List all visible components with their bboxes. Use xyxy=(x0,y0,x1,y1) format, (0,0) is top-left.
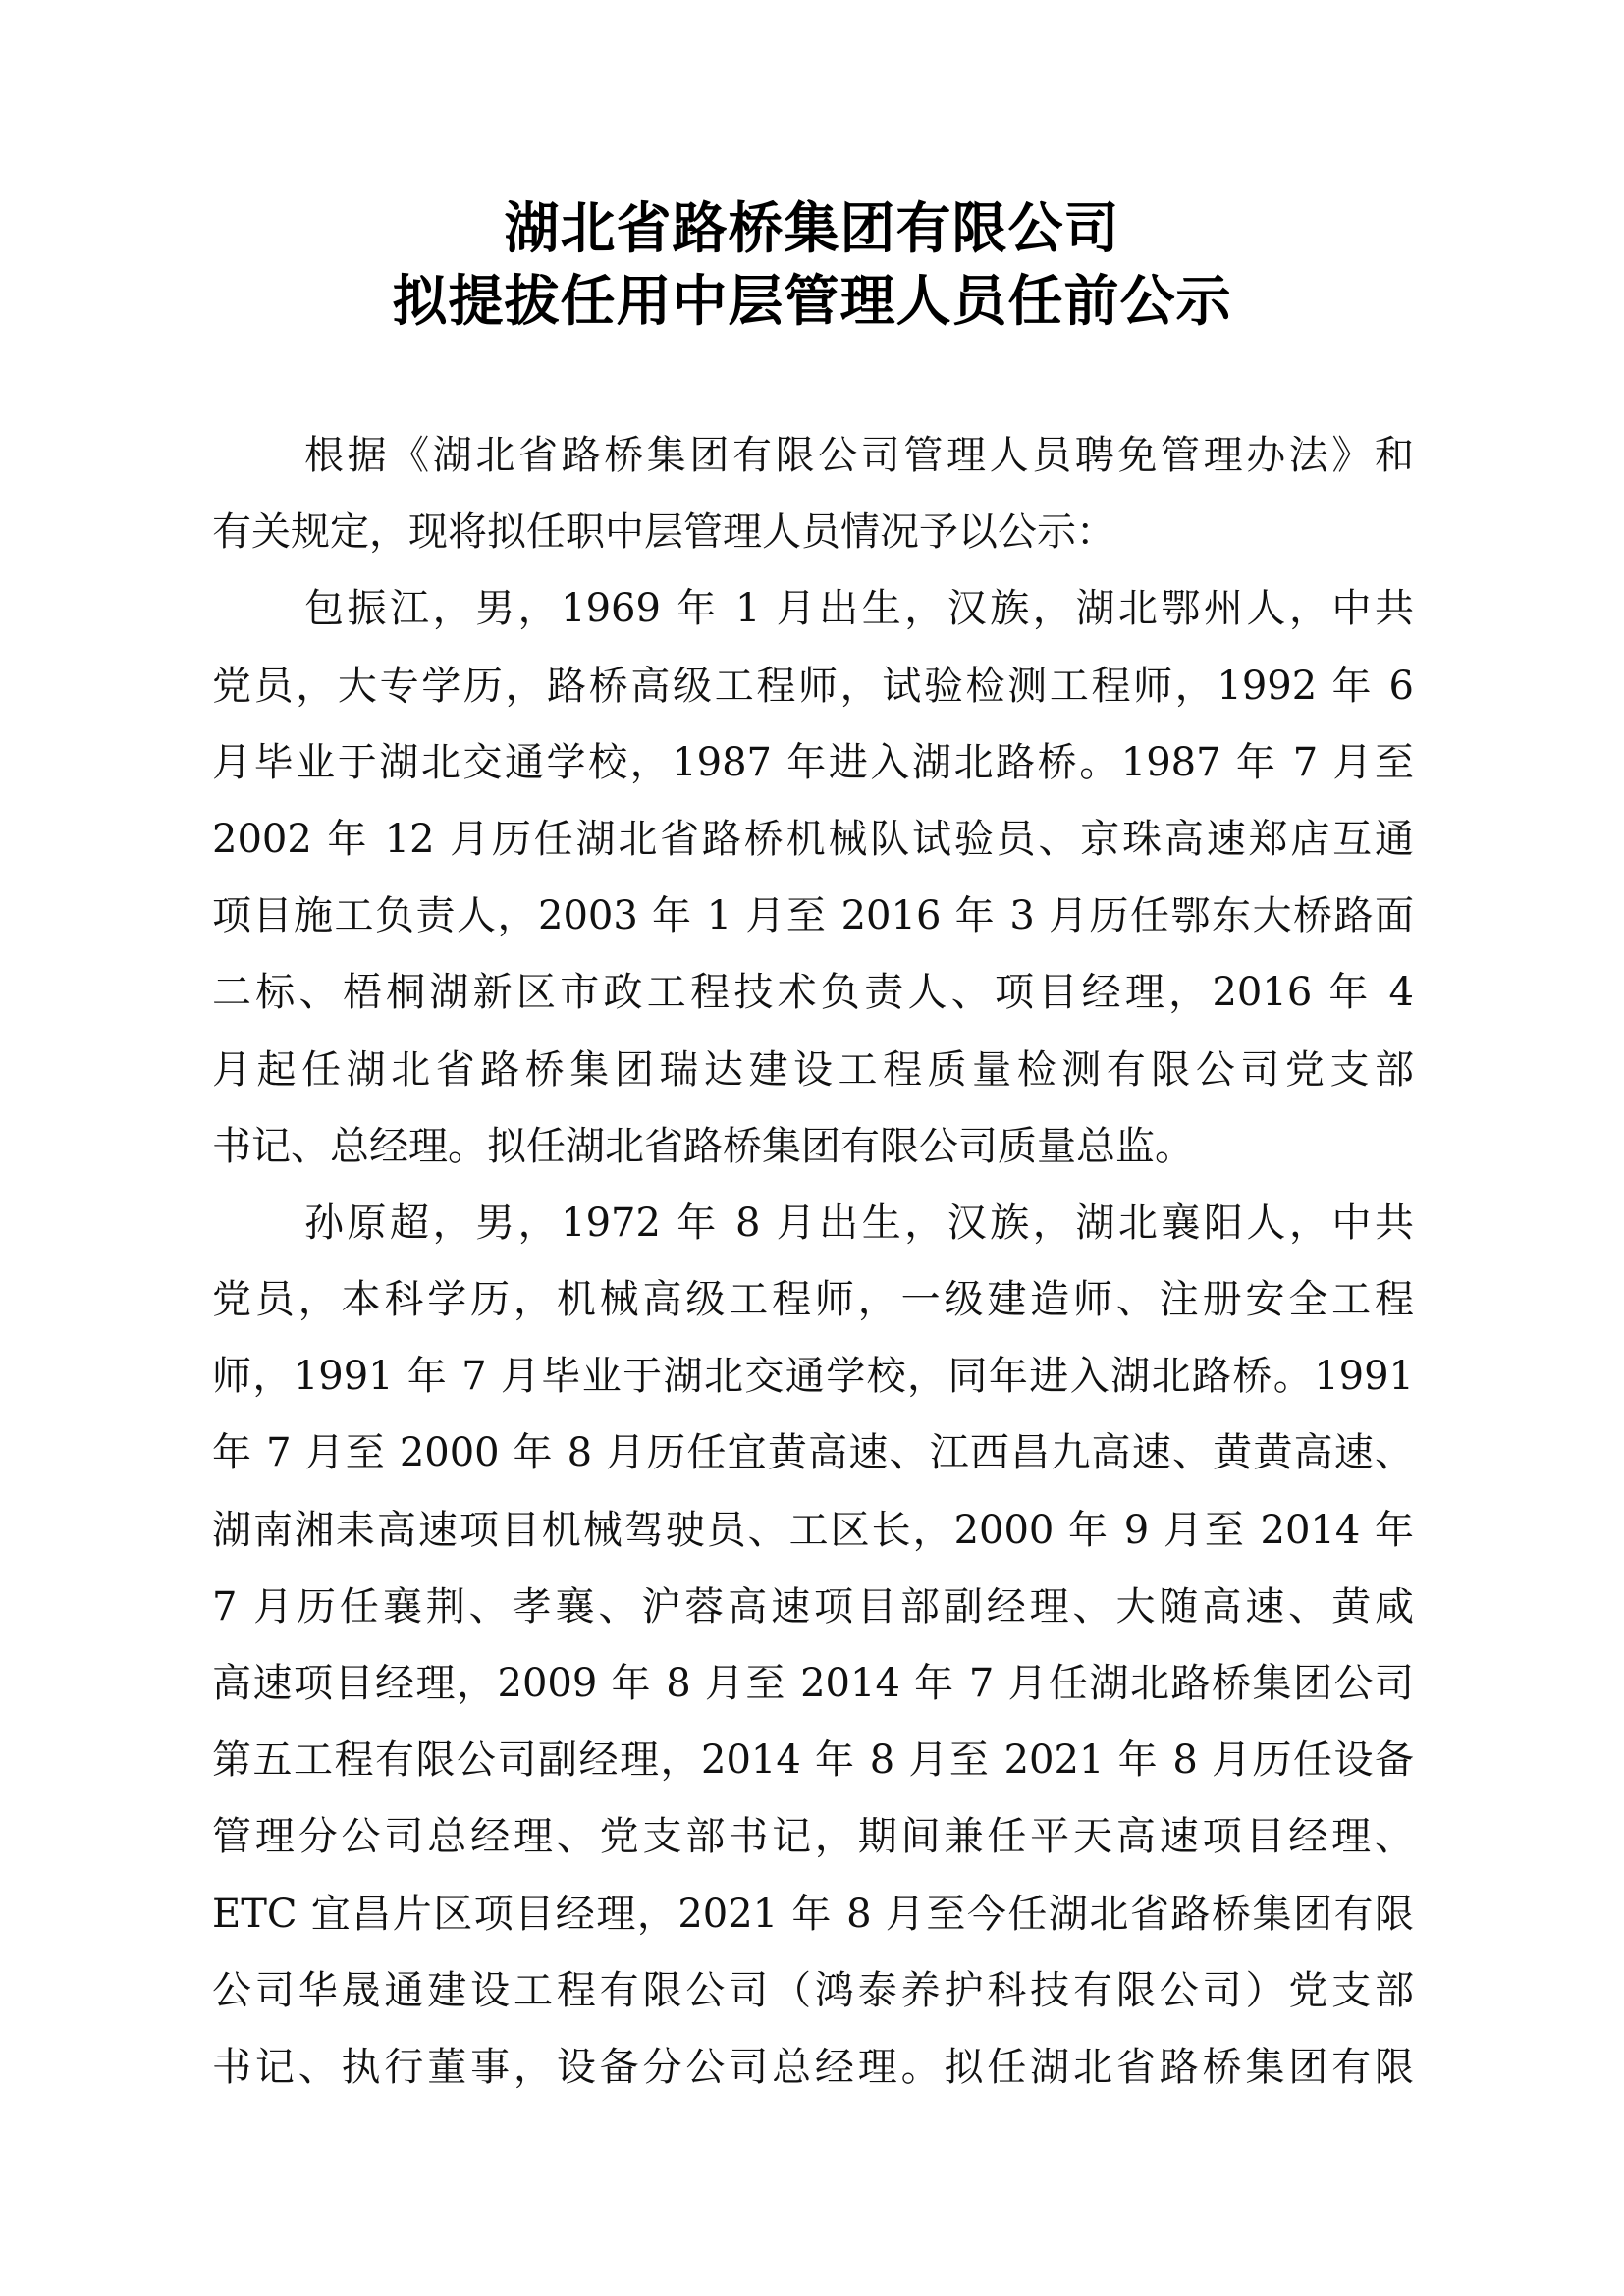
text-line: 书记、总经理。拟任湖北省路桥集团有限公司质量总监。 xyxy=(212,1108,1414,1185)
title-line-2: 拟提拔任用中层管理人员任前公示 xyxy=(0,265,1624,338)
text-line: 根据《湖北省路桥集团有限公司管理人员聘免管理办法》和 xyxy=(212,417,1414,494)
document-body: 根据《湖北省路桥集团有限公司管理人员聘免管理办法》和 有关规定，现将拟任职中层管… xyxy=(212,417,1414,2106)
text-line: ETC 宜昌片区项目经理，2021 年 8 月至今任湖北省路桥集团有限 xyxy=(212,1876,1414,1952)
text-line: 书记、执行董事，设备分公司总经理。拟任湖北省路桥集团有限 xyxy=(212,2029,1414,2106)
text-line: 师，1991 年 7 月毕业于湖北交通学校，同年进入湖北路桥。1991 xyxy=(212,1338,1414,1415)
document-title: 湖北省路桥集团有限公司 拟提拔任用中层管理人员任前公示 xyxy=(0,192,1624,338)
text-line: 包振江，男，1969 年 1 月出生，汉族，湖北鄂州人，中共 xyxy=(212,570,1414,647)
text-line: 党员，大专学历，路桥高级工程师，试验检测工程师，1992 年 6 xyxy=(212,648,1414,724)
text-line: 二标、梧桐湖新区市政工程技术负责人、项目经理，2016 年 4 xyxy=(212,954,1414,1031)
text-line: 党员，本科学历，机械高级工程师，一级建造师、注册安全工程 xyxy=(212,1261,1414,1338)
text-line: 项目施工负责人，2003 年 1 月至 2016 年 3 月历任鄂东大桥路面 xyxy=(212,878,1414,954)
text-line: 7 月历任襄荆、孝襄、沪蓉高速项目部副经理、大随高速、黄咸 xyxy=(212,1569,1414,1645)
text-line: 高速项目经理，2009 年 8 月至 2014 年 7 月任湖北路桥集团公司 xyxy=(212,1645,1414,1722)
text-line: 年 7 月至 2000 年 8 月历任宜黄高速、江西昌九高速、黄黄高速、 xyxy=(212,1415,1414,1491)
text-line: 有关规定，现将拟任职中层管理人员情况予以公示： xyxy=(212,494,1414,570)
text-line: 2002 年 12 月历任湖北省路桥机械队试验员、京珠高速郑店互通 xyxy=(212,801,1414,878)
text-line: 管理分公司总经理、党支部书记，期间兼任平天高速项目经理、 xyxy=(212,1798,1414,1875)
text-line: 孙原超，男，1972 年 8 月出生，汉族，湖北襄阳人，中共 xyxy=(212,1185,1414,1261)
paragraph-candidate-1: 包振江，男，1969 年 1 月出生，汉族，湖北鄂州人，中共 党员，大专学历，路… xyxy=(212,570,1414,1185)
paragraph-candidate-2: 孙原超，男，1972 年 8 月出生，汉族，湖北襄阳人，中共 党员，本科学历，机… xyxy=(212,1185,1414,2106)
text-line: 月起任湖北省路桥集团瑞达建设工程质量检测有限公司党支部 xyxy=(212,1032,1414,1108)
paragraph-intro: 根据《湖北省路桥集团有限公司管理人员聘免管理办法》和 有关规定，现将拟任职中层管… xyxy=(212,417,1414,570)
document-page: 湖北省路桥集团有限公司 拟提拔任用中层管理人员任前公示 根据《湖北省路桥集团有限… xyxy=(0,0,1624,2296)
text-line: 月毕业于湖北交通学校，1987 年进入湖北路桥。1987 年 7 月至 xyxy=(212,724,1414,801)
text-line: 公司华晟通建设工程有限公司（鸿泰养护科技有限公司）党支部 xyxy=(212,1952,1414,2029)
text-line: 第五工程有限公司副经理，2014 年 8 月至 2021 年 8 月历任设备 xyxy=(212,1722,1414,1798)
text-line: 湖南湘耒高速项目机械驾驶员、工区长，2000 年 9 月至 2014 年 xyxy=(212,1492,1414,1569)
title-line-1: 湖北省路桥集团有限公司 xyxy=(0,192,1624,265)
